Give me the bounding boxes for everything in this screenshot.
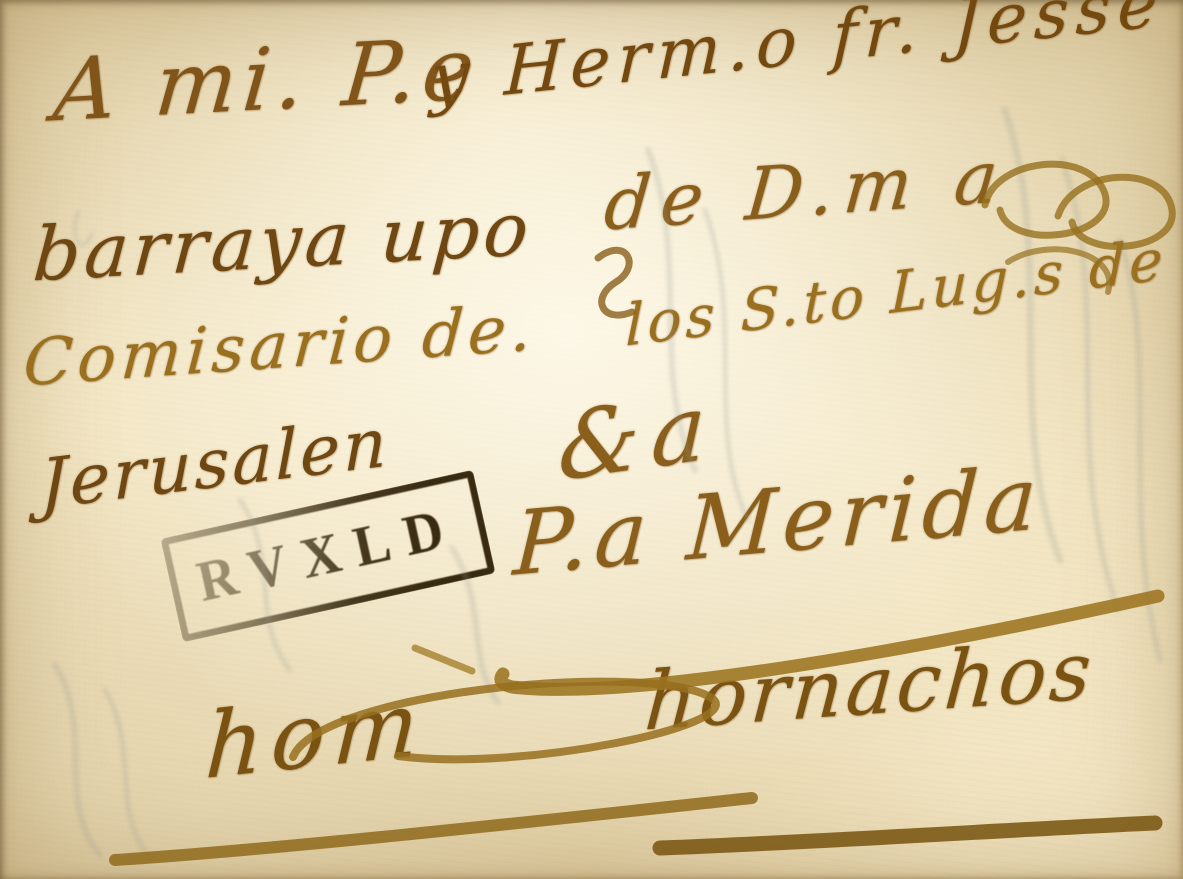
letter-cover: A mi. P.e y Herm.o fr. Jesse barraya upo…: [0, 0, 1183, 879]
address-salutation-right: y Herm.o fr. Jesse: [430, 0, 1166, 115]
destination-town: hornachos: [642, 631, 1096, 743]
postmark-text: RVXLD: [191, 493, 464, 615]
address-title-left: Comisario de.: [21, 296, 538, 396]
address-name-left: barraya upo: [31, 192, 535, 293]
address-salutation-left: A mi. P.e: [50, 26, 483, 135]
address-name-right: de D.m a: [602, 140, 1011, 241]
address-title-right: los S.to Lug.s de: [625, 232, 1167, 356]
route-word: hom: [203, 679, 428, 793]
